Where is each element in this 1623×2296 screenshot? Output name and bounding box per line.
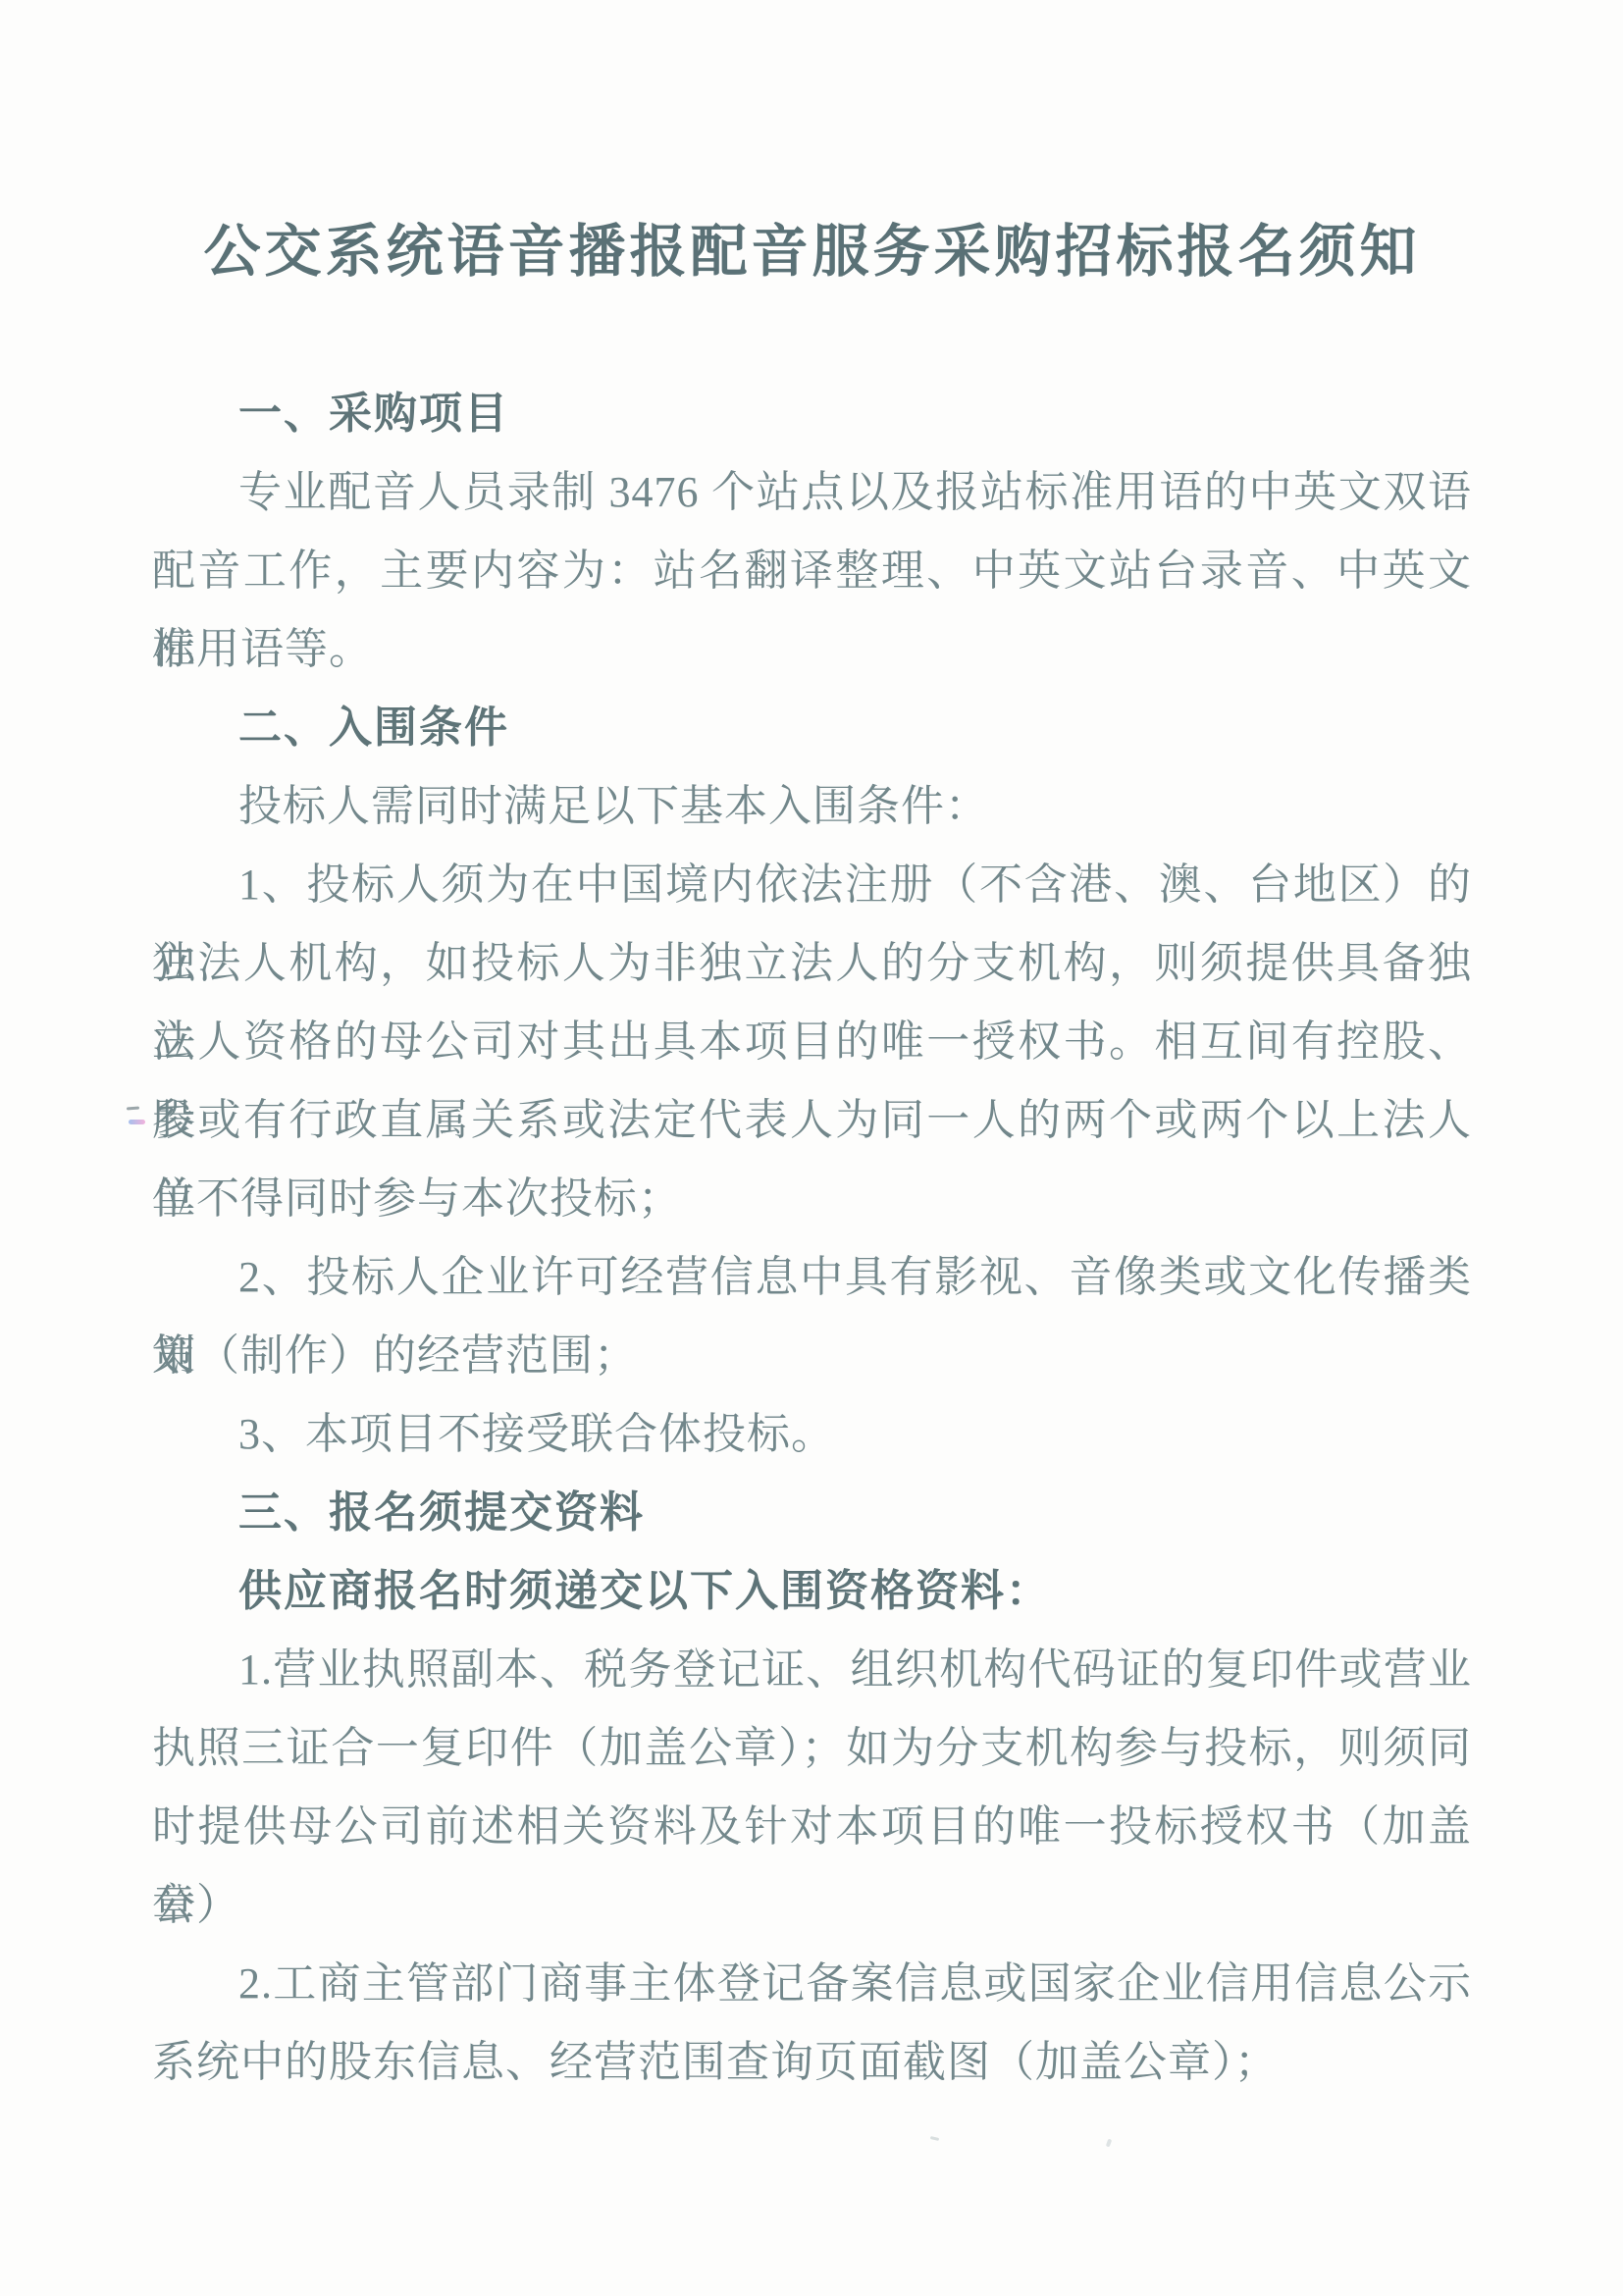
scan-speck bbox=[930, 2136, 939, 2141]
body-line: 投标人需同时满足以下基本入围条件： bbox=[152, 767, 1472, 846]
scanned-document-page: 公交系统语音播报配音服务采购招标报名须知 一、采购项目 专业配音人员录制 347… bbox=[0, 0, 1623, 2296]
body-line: 配音工作，主要内容为：站名翻译整理、中英文站台录音、中英文标 bbox=[152, 532, 1472, 610]
body-line: 1、投标人须为在中国境内依法注册（不含港、澳、台地区）的独 bbox=[152, 846, 1472, 924]
pen-mark-dash bbox=[127, 1107, 139, 1111]
body-line: 专业配音人员录制 3476 个站点以及报站标准用语的中英文双语 bbox=[152, 453, 1472, 532]
body-line: 股或有行政直属关系或法定代表人为同一人的两个或两个以上法人单 bbox=[152, 1081, 1472, 1160]
body-line: 3、本项目不接受联合体投标。 bbox=[152, 1395, 1472, 1474]
body-line: 2.工商主管部门商事主体登记备案信息或国家企业信用信息公示 bbox=[152, 1945, 1472, 2023]
section-heading-qualification-conditions: 二、入围条件 bbox=[152, 689, 1472, 767]
body-line: 位不得同时参与本次投标； bbox=[152, 1160, 1472, 1238]
body-line-emphasis: 供应商报名时须递交以下入围资格资料： bbox=[152, 1552, 1472, 1631]
body-line: 法人资格的母公司对其出具本项目的唯一授权书。相互间有控股、参 bbox=[152, 1003, 1472, 1081]
body-line: 系统中的股东信息、经营范围查询页面截图（加盖公章）； bbox=[152, 2023, 1472, 2102]
document-title: 公交系统语音播报配音服务采购招标报名须知 bbox=[152, 220, 1472, 285]
body-line: 划（制作）的经营范围； bbox=[152, 1317, 1472, 1395]
body-line: 时提供母公司前述相关资料及针对本项目的唯一投标授权书（加盖公 bbox=[152, 1788, 1472, 1866]
document-body: 一、采购项目 专业配音人员录制 3476 个站点以及报站标准用语的中英文双语 配… bbox=[152, 375, 1472, 2102]
body-line: 立法人机构，如投标人为非独立法人的分支机构，则须提供具备独立 bbox=[152, 924, 1472, 1003]
pen-mark-smudge bbox=[129, 1120, 145, 1124]
body-line: 执照三证合一复印件（加盖公章）；如为分支机构参与投标，则须同 bbox=[152, 1709, 1472, 1788]
section-heading-registration-materials: 三、报名须提交资料 bbox=[152, 1474, 1472, 1552]
body-line: 准用语等。 bbox=[152, 610, 1472, 689]
body-line: 2、投标人企业许可经营信息中具有影视、音像类或文化传播类策 bbox=[152, 1238, 1472, 1317]
body-line: 章） bbox=[152, 1866, 1472, 1945]
scan-speck bbox=[1106, 2139, 1112, 2148]
body-line: 1.营业执照副本、税务登记证、组织机构代码证的复印件或营业 bbox=[152, 1631, 1472, 1709]
section-heading-procurement-project: 一、采购项目 bbox=[152, 375, 1472, 453]
